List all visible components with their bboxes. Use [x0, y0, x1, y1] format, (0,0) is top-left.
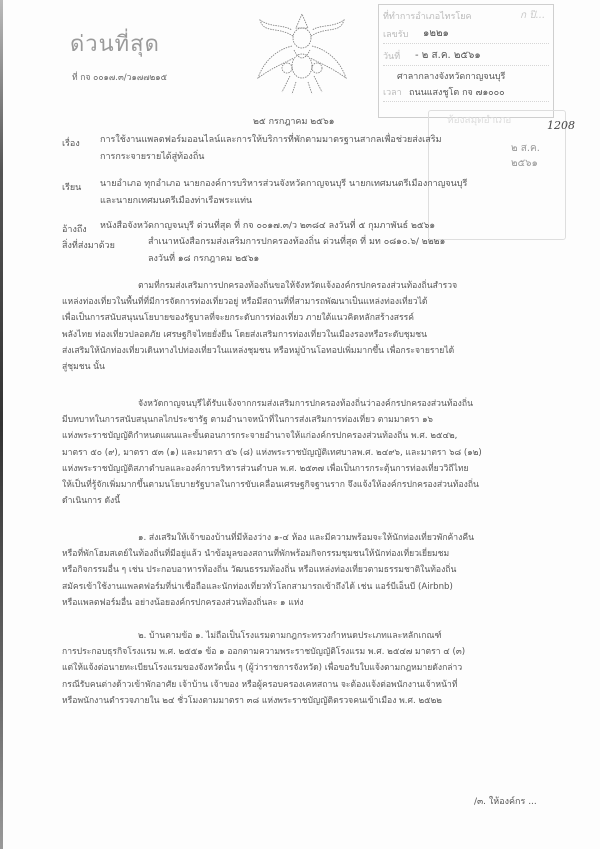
- stamp-receipt-number: ๑๒๒๑: [423, 26, 449, 41]
- to-line1: นายอำเภอ ทุกอำเภอ นายกองค์การบริหารส่วนจ…: [100, 176, 467, 192]
- reference-text: หนังสือจังหวัดกาญจนบุรี ด่วนที่สุด ที่ ก…: [100, 218, 435, 234]
- urgency-marking: ด่วนที่สุด: [70, 26, 160, 61]
- document-number: ที่ กจ ๐๐๑๗.๓/ว๑๗๗๒๑๕: [72, 70, 167, 84]
- scan-left-edge: [0, 0, 3, 849]
- subject-line1: การใช้งานแพลตฟอร์มออนไลน์และการให้บริการ…: [100, 132, 442, 148]
- body-item-1: ๑. ส่งเสริมให้เจ้าของบ้านที่มีห้องว่าง ๑…: [62, 530, 542, 611]
- garuda-emblem-icon: [252, 6, 352, 96]
- to-label: เรียน: [62, 180, 81, 194]
- enclosure-line1: สำเนาหนังสือกรมส่งเสริมการปกครองท้องถิ่น…: [148, 234, 445, 250]
- document-date: ๒๕ กรกฎาคม ๒๕๖๑: [253, 114, 334, 128]
- stamp-address-line2: ถนนแสงชูโต กจ ๗๑๐๐๐: [409, 85, 505, 99]
- secondary-stamp-date: ๒ ส.ค. ๒๕๖๑: [511, 141, 565, 171]
- stamp-address-line1: ศาลากลางจังหวัดกาญจนบุรี: [397, 69, 505, 83]
- body-item-2: ๒. บ้านตามข้อ ๑. ไม่ถือเป็นโรงแรมตามกฎกร…: [62, 628, 542, 709]
- stamp-date-row: วันที่ - ๒ ส.ค. ๒๕๖๑: [383, 49, 549, 66]
- reference-label: อ้างถึง: [62, 222, 87, 236]
- body-paragraph-1: ตามที่กรมส่งเสริมการปกครองท้องถิ่นขอให้จ…: [62, 278, 542, 375]
- enclosure-line2: ลงวันที่ ๑๘ กรกฎาคม ๒๕๖๑: [148, 251, 259, 267]
- stamp-time-row: เวลา ถนนแสงชูโต กจ ๗๑๐๐๐: [383, 85, 549, 102]
- body-paragraph-2: จังหวัดกาญจนบุรีได้รับแจ้งจากกรมส่งเสริม…: [62, 396, 542, 509]
- stamp-side-mark: ก ปิ...: [520, 8, 545, 23]
- secondary-stamp: ห้องสมุดอำเภอ 1208 ๒ ส.ค. ๒๕๖๑: [428, 110, 566, 240]
- continuation-marker: /๓. ให้องค์กร ...: [474, 794, 537, 808]
- secondary-stamp-title: ห้องสมุดอำเภอ: [447, 113, 511, 128]
- subject-label: เรื่อง: [62, 136, 80, 150]
- handwritten-number: 1208: [547, 119, 575, 132]
- enclosure-label: สิ่งที่ส่งมาด้วย: [62, 238, 115, 252]
- stamp-receipt-row: เลขรับ ๑๒๒๑: [383, 27, 549, 44]
- subject-line2: การกระจายรายได้สู่ท้องถิ่น: [100, 149, 204, 165]
- to-line2: และนายกเทศมนตรีเมืองท่าเรือพระแท่น: [100, 193, 252, 209]
- stamp-date-value: - ๒ ส.ค. ๒๕๖๑: [415, 48, 481, 63]
